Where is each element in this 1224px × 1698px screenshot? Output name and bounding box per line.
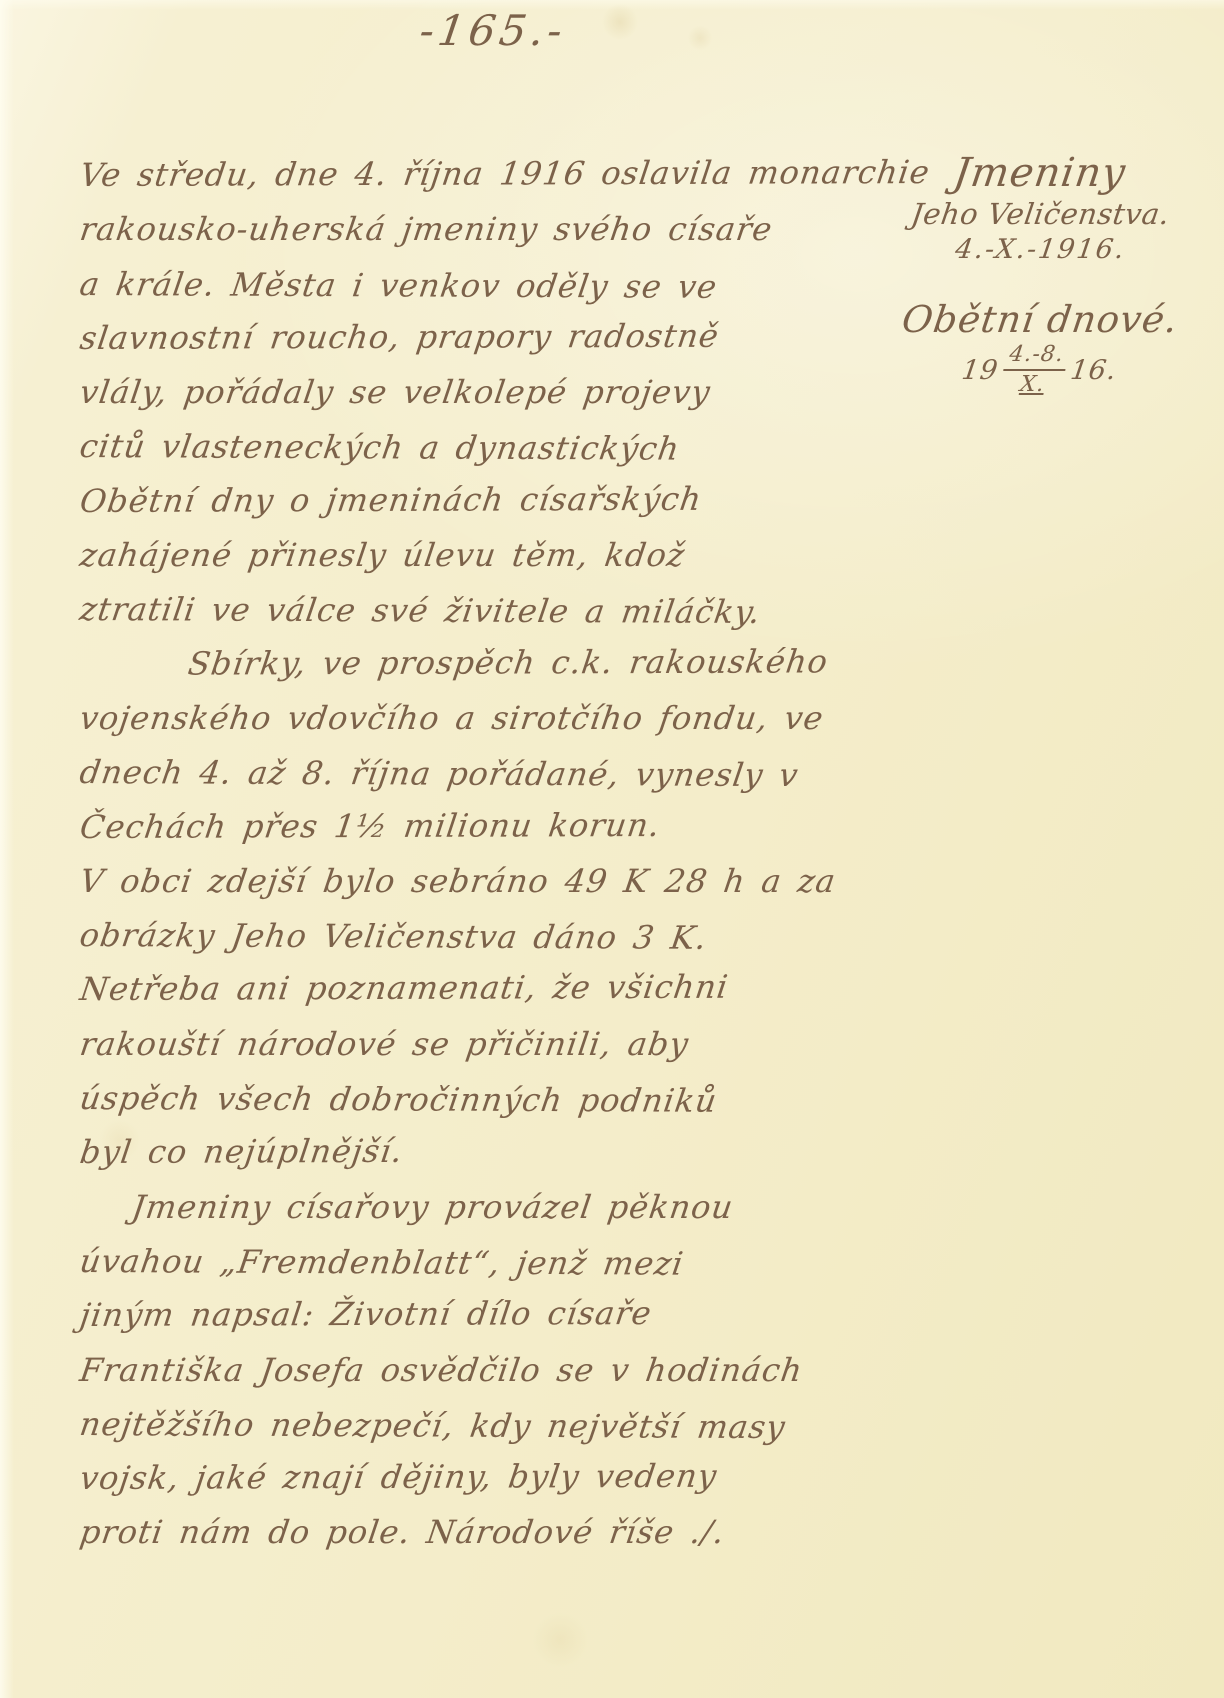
chronicle-body: Ve středu, dne 4. října 1916 oslavila mo… (84, 148, 900, 1560)
margin-notes: Jmeniny Jeho Veličenstva. 4.-X.-1916. Ob… (878, 150, 1208, 396)
text-line: slavnostní roucho, prapory radostně (77, 308, 901, 365)
date-fraction: 4.-8. X. (1000, 344, 1070, 396)
text-line: Ve středu, dne 4. října 1916 oslavila mo… (77, 145, 901, 202)
page-number: -165.- (417, 6, 570, 55)
margin-note-nameday: Jmeniny Jeho Veličenstva. 4.-X.-1916. (878, 150, 1208, 267)
text-line: citů vlasteneckých a dynastických (76, 419, 899, 477)
margin-note-subtitle: Jeho Veličenstva. (873, 196, 1208, 232)
text-line: ztratili ve válce své živitele a miláčky… (76, 582, 899, 640)
text-line: úvahou „Fremdenblatt“, jenž mezi (76, 1234, 899, 1292)
text-line: jiným napsal: Životní dílo císaře (77, 1285, 901, 1342)
text-line: vojsk, jaké znají dějiny, byly vedeny (77, 1448, 901, 1505)
text-line: obrázky Jeho Veličenstva dáno 3 K. (76, 908, 899, 966)
margin-note-title: Obětní dnové. (872, 299, 1208, 342)
margin-note-date: 19 4.-8. X. 16. (871, 344, 1208, 396)
text-line: V obci zdejší bylo sebráno 49 K 28 h a z… (76, 854, 900, 908)
text-line: zahájené přinesly úlevu těm, kdož (76, 528, 900, 582)
text-line: a krále. Města i venkov oděly se ve (76, 257, 899, 315)
text-line: Obětní dny o jmeninách císařských (77, 471, 901, 528)
text-line: Jmeniny císařovy provázel pěknou (76, 1180, 900, 1234)
text-line: byl co nejúplnější. (77, 1122, 901, 1179)
text-line: dnech 4. až 8. října pořádané, vynesly v (76, 745, 899, 803)
text-line: Františka Josefa osvědčilo se v hodinách (76, 1343, 900, 1397)
date-fraction-numerator: 4.-8. (1003, 344, 1069, 371)
text-line: Netřeba ani poznamenati, že všichni (77, 960, 901, 1017)
margin-note-date: 4.-X.-1916. (873, 232, 1208, 267)
text-line: nejtěžšího nebezpečí, kdy největší masy (76, 1397, 899, 1455)
date-year-prefix: 19 (960, 354, 1001, 385)
manuscript-page: -165.- Ve středu, dne 4. října 1916 osla… (0, 0, 1224, 1698)
margin-note-title: Jmeniny (872, 150, 1208, 196)
text-line: vojenského vdovčího a sirotčího fondu, v… (76, 691, 900, 745)
date-year-suffix: 16. (1069, 354, 1119, 385)
text-line: Čechách přes 1½ milionu korun. (77, 797, 901, 854)
text-line: rakousko-uherská jmeniny svého císaře (76, 202, 900, 256)
date-fraction-denominator: X. (1000, 371, 1066, 396)
text-line: rakouští národové se přičinili, aby (76, 1017, 900, 1071)
text-line: úspěch všech dobročinných podniků (76, 1071, 899, 1129)
text-line: proti nám do pole. Národové říše ./. (76, 1505, 900, 1559)
text-line: vlály, pořádaly se velkolepé projevy (76, 365, 900, 419)
text-line: Sbírky, ve prospěch c.k. rakouského (77, 634, 901, 691)
margin-note-sacrifice-days: Obětní dnové. 19 4.-8. X. 16. (878, 299, 1208, 396)
